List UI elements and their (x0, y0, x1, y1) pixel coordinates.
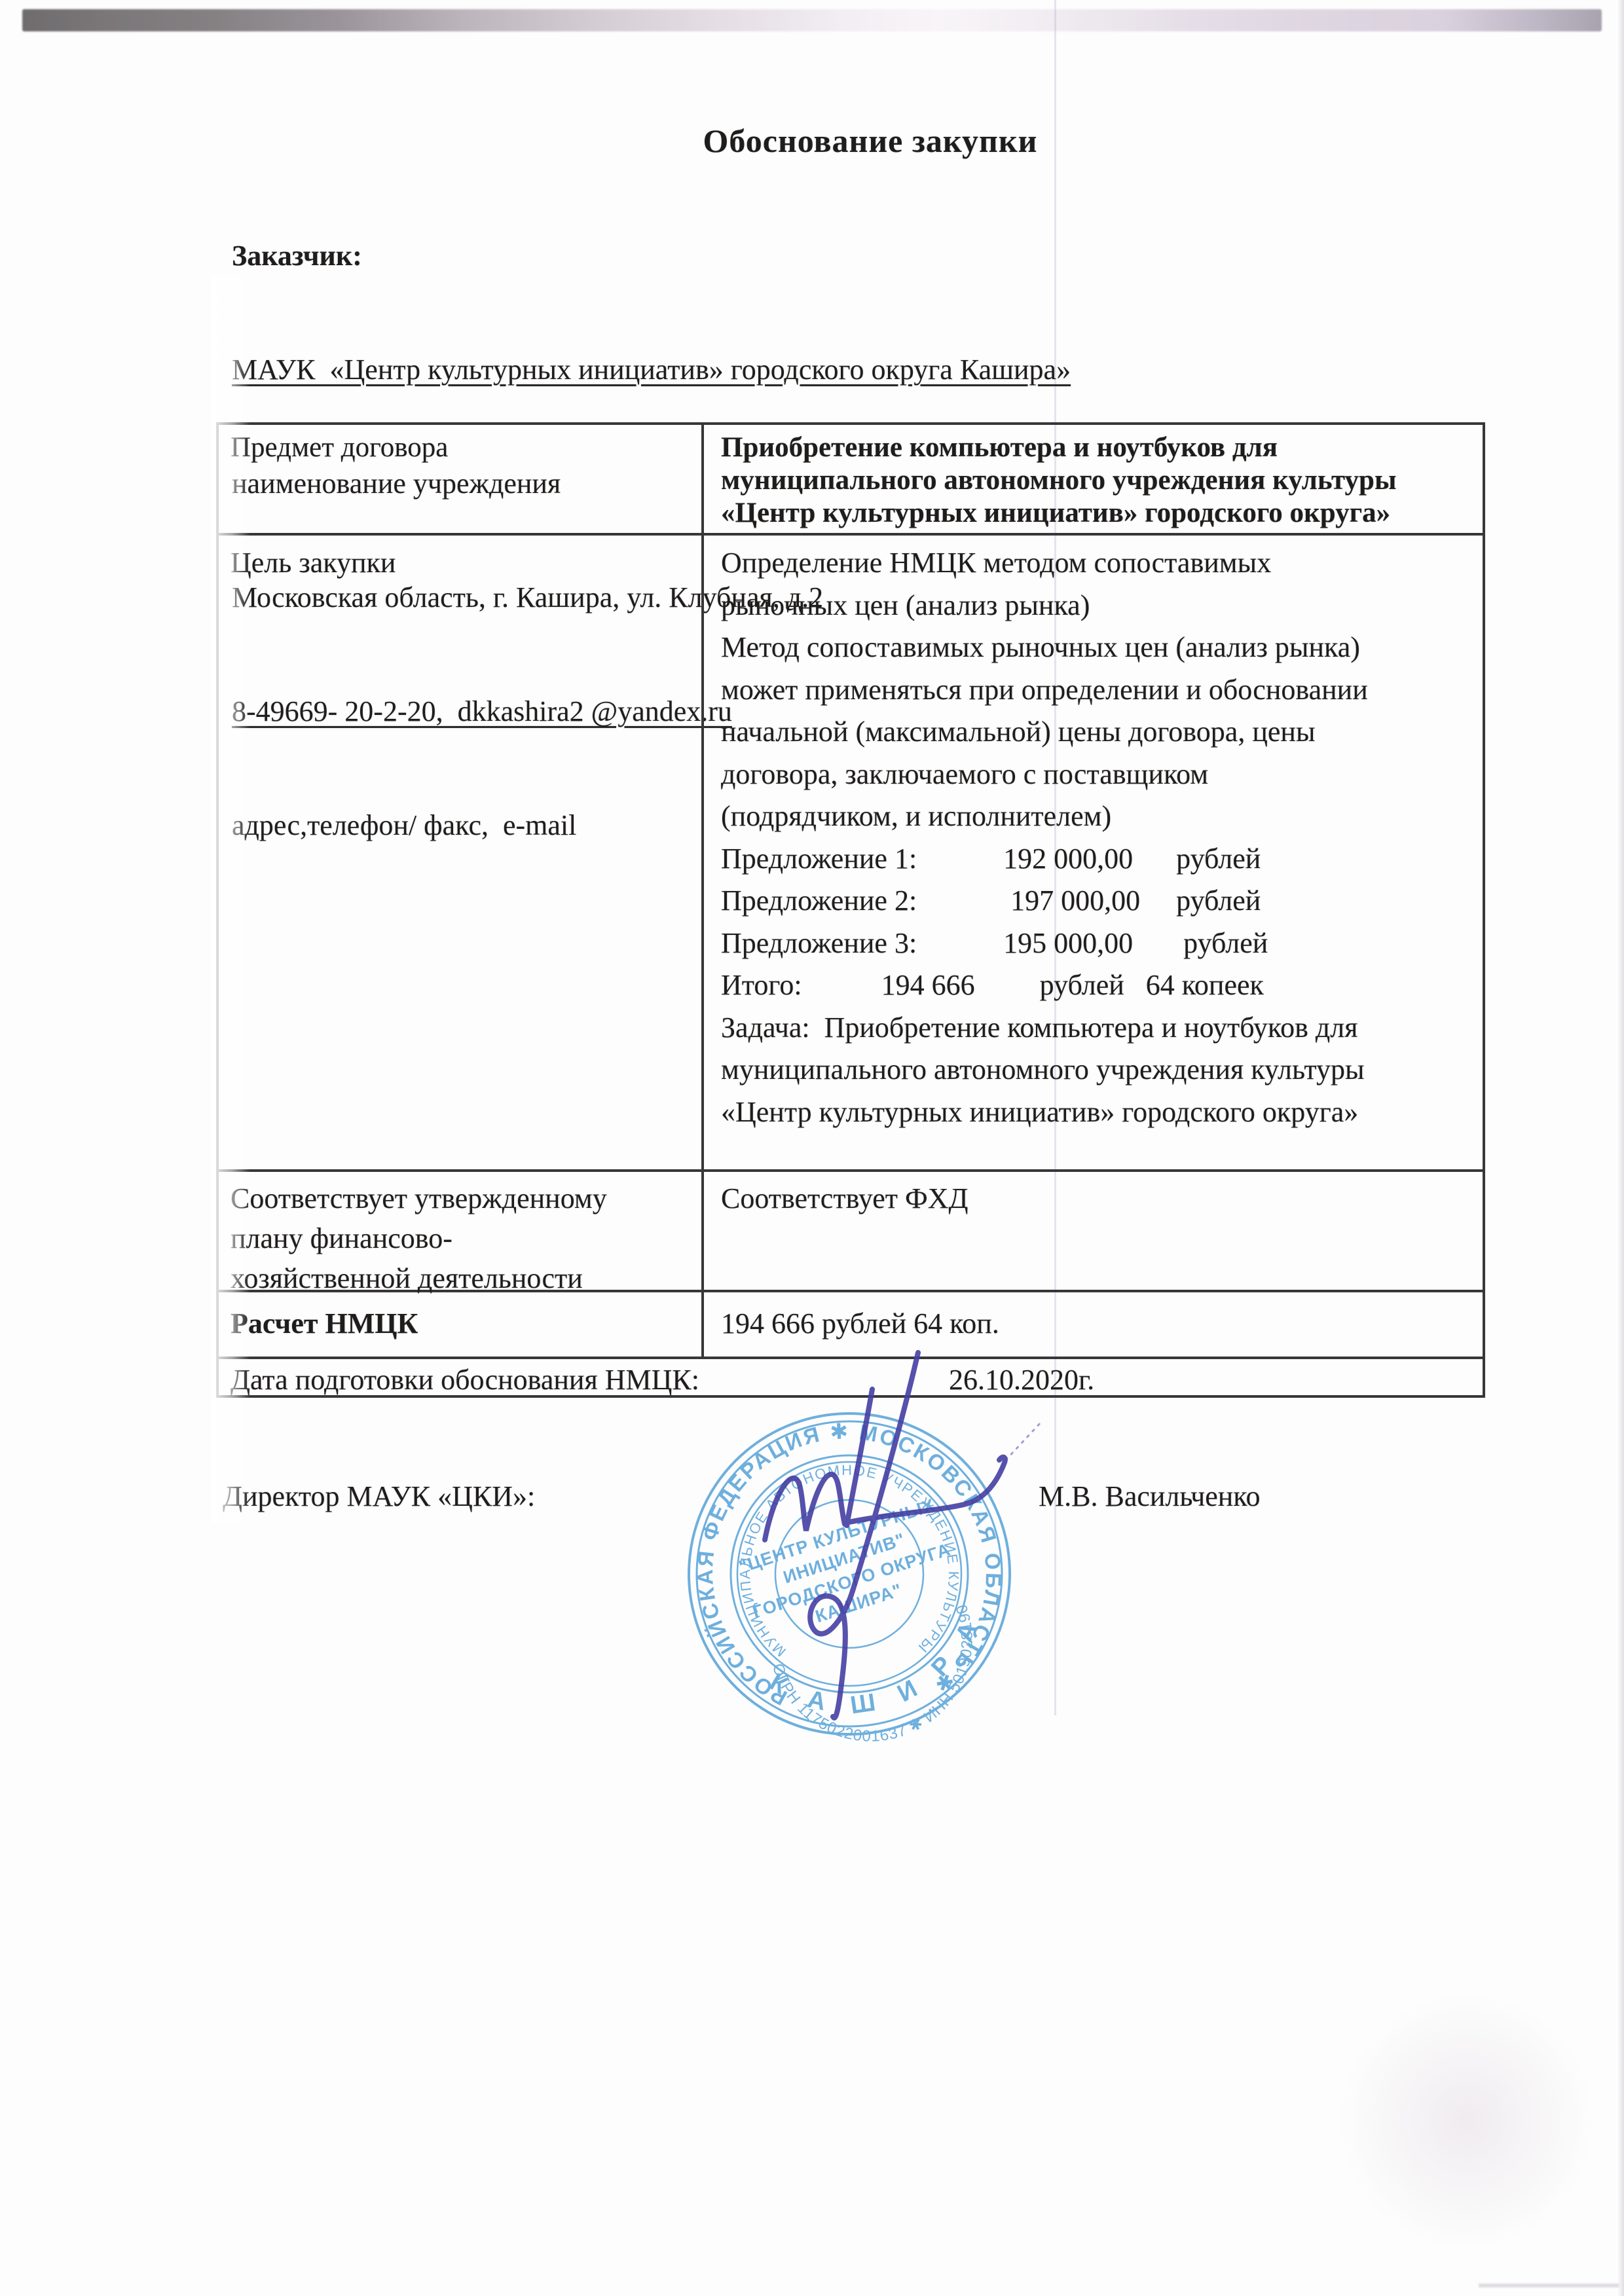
cell-line: муниципального автономного учреждения ку… (721, 1049, 1476, 1091)
official-round-stamp-icon: РОССИЙСКАЯ ФЕДЕРАЦИЯ ✱ МОСКОВСКАЯ ОБЛАСТ… (647, 1372, 1056, 1789)
cell-line: Соответствует утвержденному (231, 1178, 695, 1218)
cell-line: Задача: Приобретение компьютера и ноутбу… (721, 1007, 1476, 1049)
offer-2-line: Предложение 2: 197 000,00 рублей (721, 880, 1476, 922)
scanner-artifact-top-band (22, 9, 1602, 31)
date-value: 26.10.2020г. (949, 1363, 1094, 1396)
stamp-center-line-2: ИНИЦИАТИВ" (781, 1529, 908, 1587)
row-value-cell: 194 666 рублей 64 коп. (704, 1292, 1483, 1357)
stamp-outer-top-text: РОССИЙСКАЯ ФЕДЕРАЦИЯ ✱ МОСКОВСКАЯ ОБЛАСТ… (652, 1377, 1043, 1763)
customer-name: МАУК «Центр культурных инициатив» городс… (232, 351, 1489, 389)
row-value-cell: Соответствует ФХД (704, 1172, 1483, 1290)
stamp-center-line-4: КАШИРА" (813, 1580, 905, 1626)
customer-label: Заказчик: (232, 237, 1489, 275)
cell-line: «Центр культурных инициатив» городского … (721, 497, 1476, 530)
table-row-purpose: Цель закупки Определение НМЦК методом со… (219, 533, 1483, 1169)
cell-line: «Центр культурных инициатив» городского … (721, 1091, 1476, 1134)
row-label-cell: Предмет договора (219, 425, 704, 533)
cell-line: (подрядчиком, и исполнителем) (721, 795, 1476, 838)
total-line: Итого: 194 666 рублей 64 копеек (721, 964, 1476, 1007)
row-label-cell: Расчет НМЦК (219, 1292, 704, 1357)
justification-table: Предмет договора Приобретение компьютера… (216, 422, 1485, 1398)
handwritten-signature-icon (765, 1353, 1041, 1718)
scanned-document-page: Обоснование закупки Заказчик: МАУК «Цент… (0, 0, 1624, 2296)
row-label: Расчет НМЦК (231, 1307, 418, 1339)
table-row-date: Дата подготовки обоснования НМЦК: 26.10.… (219, 1357, 1483, 1398)
cell-line: может применяться при определении и обос… (721, 669, 1476, 712)
table-row-nmck-calc: Расчет НМЦК 194 666 рублей 64 коп. (219, 1290, 1483, 1357)
cell-line: муниципального автономного учреждения ку… (721, 464, 1476, 497)
signatory-name: М.В. Васильченко (1039, 1480, 1260, 1513)
row-label: Предмет договора (231, 431, 695, 464)
cell-line: договора, заключаемого с поставщиком (721, 754, 1476, 796)
page-title: Обоснование закупки (216, 122, 1485, 160)
signatory-role: Директор МАУК «ЦКИ»: (223, 1480, 535, 1513)
cell-line: Метод сопоставимых рыночных цен (анализ … (721, 627, 1476, 669)
row-label-cell: Соответствует утвержденному плану финанс… (219, 1172, 704, 1290)
stamp-center-line-1: "ЦЕНТР КУЛЬТУРНЫХ (737, 1495, 938, 1576)
stamp-outer-bottom-text: К А Ш И Р А (759, 1603, 1005, 1749)
scanner-artifact-smudge (1297, 1951, 1624, 2291)
offer-1-line: Предложение 1: 192 000,00 рублей (721, 838, 1476, 881)
cell-line: Определение НМЦК методом сопоставимых (721, 542, 1476, 585)
offer-3-line: Предложение 3: 195 000,00 рублей (721, 922, 1476, 965)
cell-line: плану финансово- (231, 1218, 695, 1258)
stamp-middle-bottom-text: ОГРН 1175022001637 ✱ ИНН 5019028190 (769, 1601, 1004, 1772)
cell-line: начальной (максимальной) цены договора, … (721, 711, 1476, 754)
table-row-plan-compliance: Соответствует утвержденному плану финанс… (219, 1169, 1483, 1290)
row-value-cell: Определение НМЦК методом сопоставимых ры… (704, 536, 1483, 1169)
scanner-artifact-smudge-line (1479, 2284, 1619, 2287)
stamp-center-line-3: ГОРОДСКОГО ОКРУГА (750, 1539, 953, 1622)
svg-text:РОССИЙСКАЯ ФЕДЕРАЦИЯ ✱ МОСКОВС: РОССИЙСКАЯ ФЕДЕРАЦИЯ ✱ МОСКОВСКАЯ ОБЛАСТ… (652, 1377, 1043, 1763)
stamp-middle-top-text: МУНИЦИПАЛЬНОЕ АВТОНОМНОЕ УЧРЕЖДЕНИЕ КУЛЬ… (708, 1432, 988, 1705)
row-value-cell: Приобретение компьютера и ноутбуков для … (704, 425, 1483, 533)
cell-line: Соответствует ФХД (721, 1178, 1476, 1218)
svg-text:МУНИЦИПАЛЬНОЕ АВТОНОМНОЕ УЧРЕЖ: МУНИЦИПАЛЬНОЕ АВТОНОМНОЕ УЧРЕЖДЕНИЕ КУЛЬ… (708, 1432, 988, 1705)
row-label-cell: Цель закупки (219, 536, 704, 1169)
svg-text:ОГРН 1175022001637 ✱ ИНН 50190: ОГРН 1175022001637 ✱ ИНН 5019028190 (769, 1601, 1004, 1772)
nmck-value: 194 666 рублей 64 коп. (721, 1307, 999, 1339)
date-label: Дата подготовки обоснования НМЦК: (231, 1363, 699, 1396)
svg-text:К А Ш И Р А: К А Ш И Р А (759, 1603, 1005, 1749)
cell-line: рыночных цен (анализ рынка) (721, 585, 1476, 627)
row-label: Цель закупки (231, 542, 695, 585)
cell-line: Приобретение компьютера и ноутбуков для (721, 431, 1476, 464)
table-row-subject: Предмет договора Приобретение компьютера… (219, 425, 1483, 533)
